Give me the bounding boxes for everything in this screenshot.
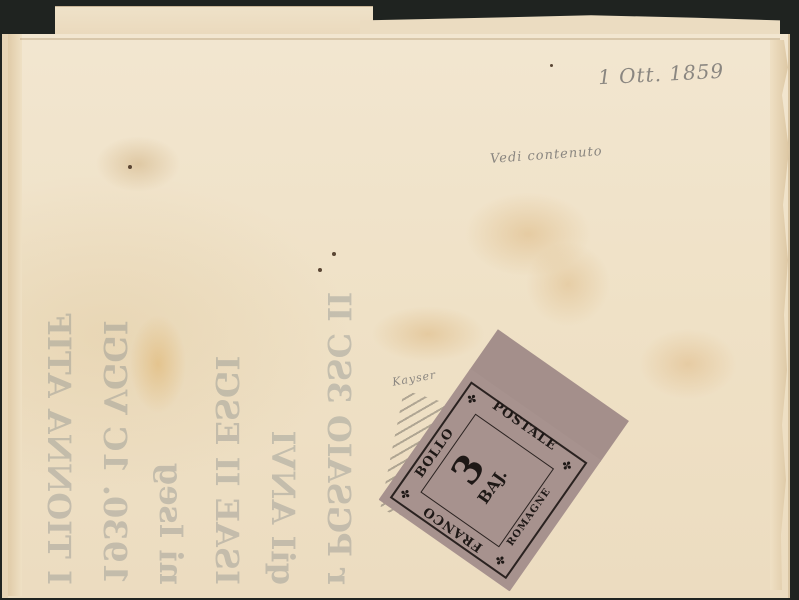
show-through-column: 1930. 1C VGGI	[96, 265, 134, 585]
show-through-column: ni Iseg	[152, 265, 190, 585]
show-through-column: r PGSAIO 3SC II	[320, 265, 358, 585]
paper-stain	[332, 252, 336, 256]
paper-left-edge	[8, 34, 22, 596]
paper-stain	[550, 64, 553, 67]
paper-top-flap	[55, 6, 373, 36]
paper-crease	[20, 38, 780, 40]
paper-stain	[128, 165, 132, 169]
show-through-print: I TIONNA ATIF 1930. 1C VGGI ni Iseg ISAE…	[40, 265, 400, 585]
show-through-column: qiI ANVI	[264, 265, 302, 585]
paper-top-edge	[360, 10, 780, 36]
show-through-column: ISAE II ESGI	[208, 265, 246, 585]
paper-stain	[318, 268, 322, 272]
show-through-column: I TIONNA ATIF	[40, 265, 78, 585]
